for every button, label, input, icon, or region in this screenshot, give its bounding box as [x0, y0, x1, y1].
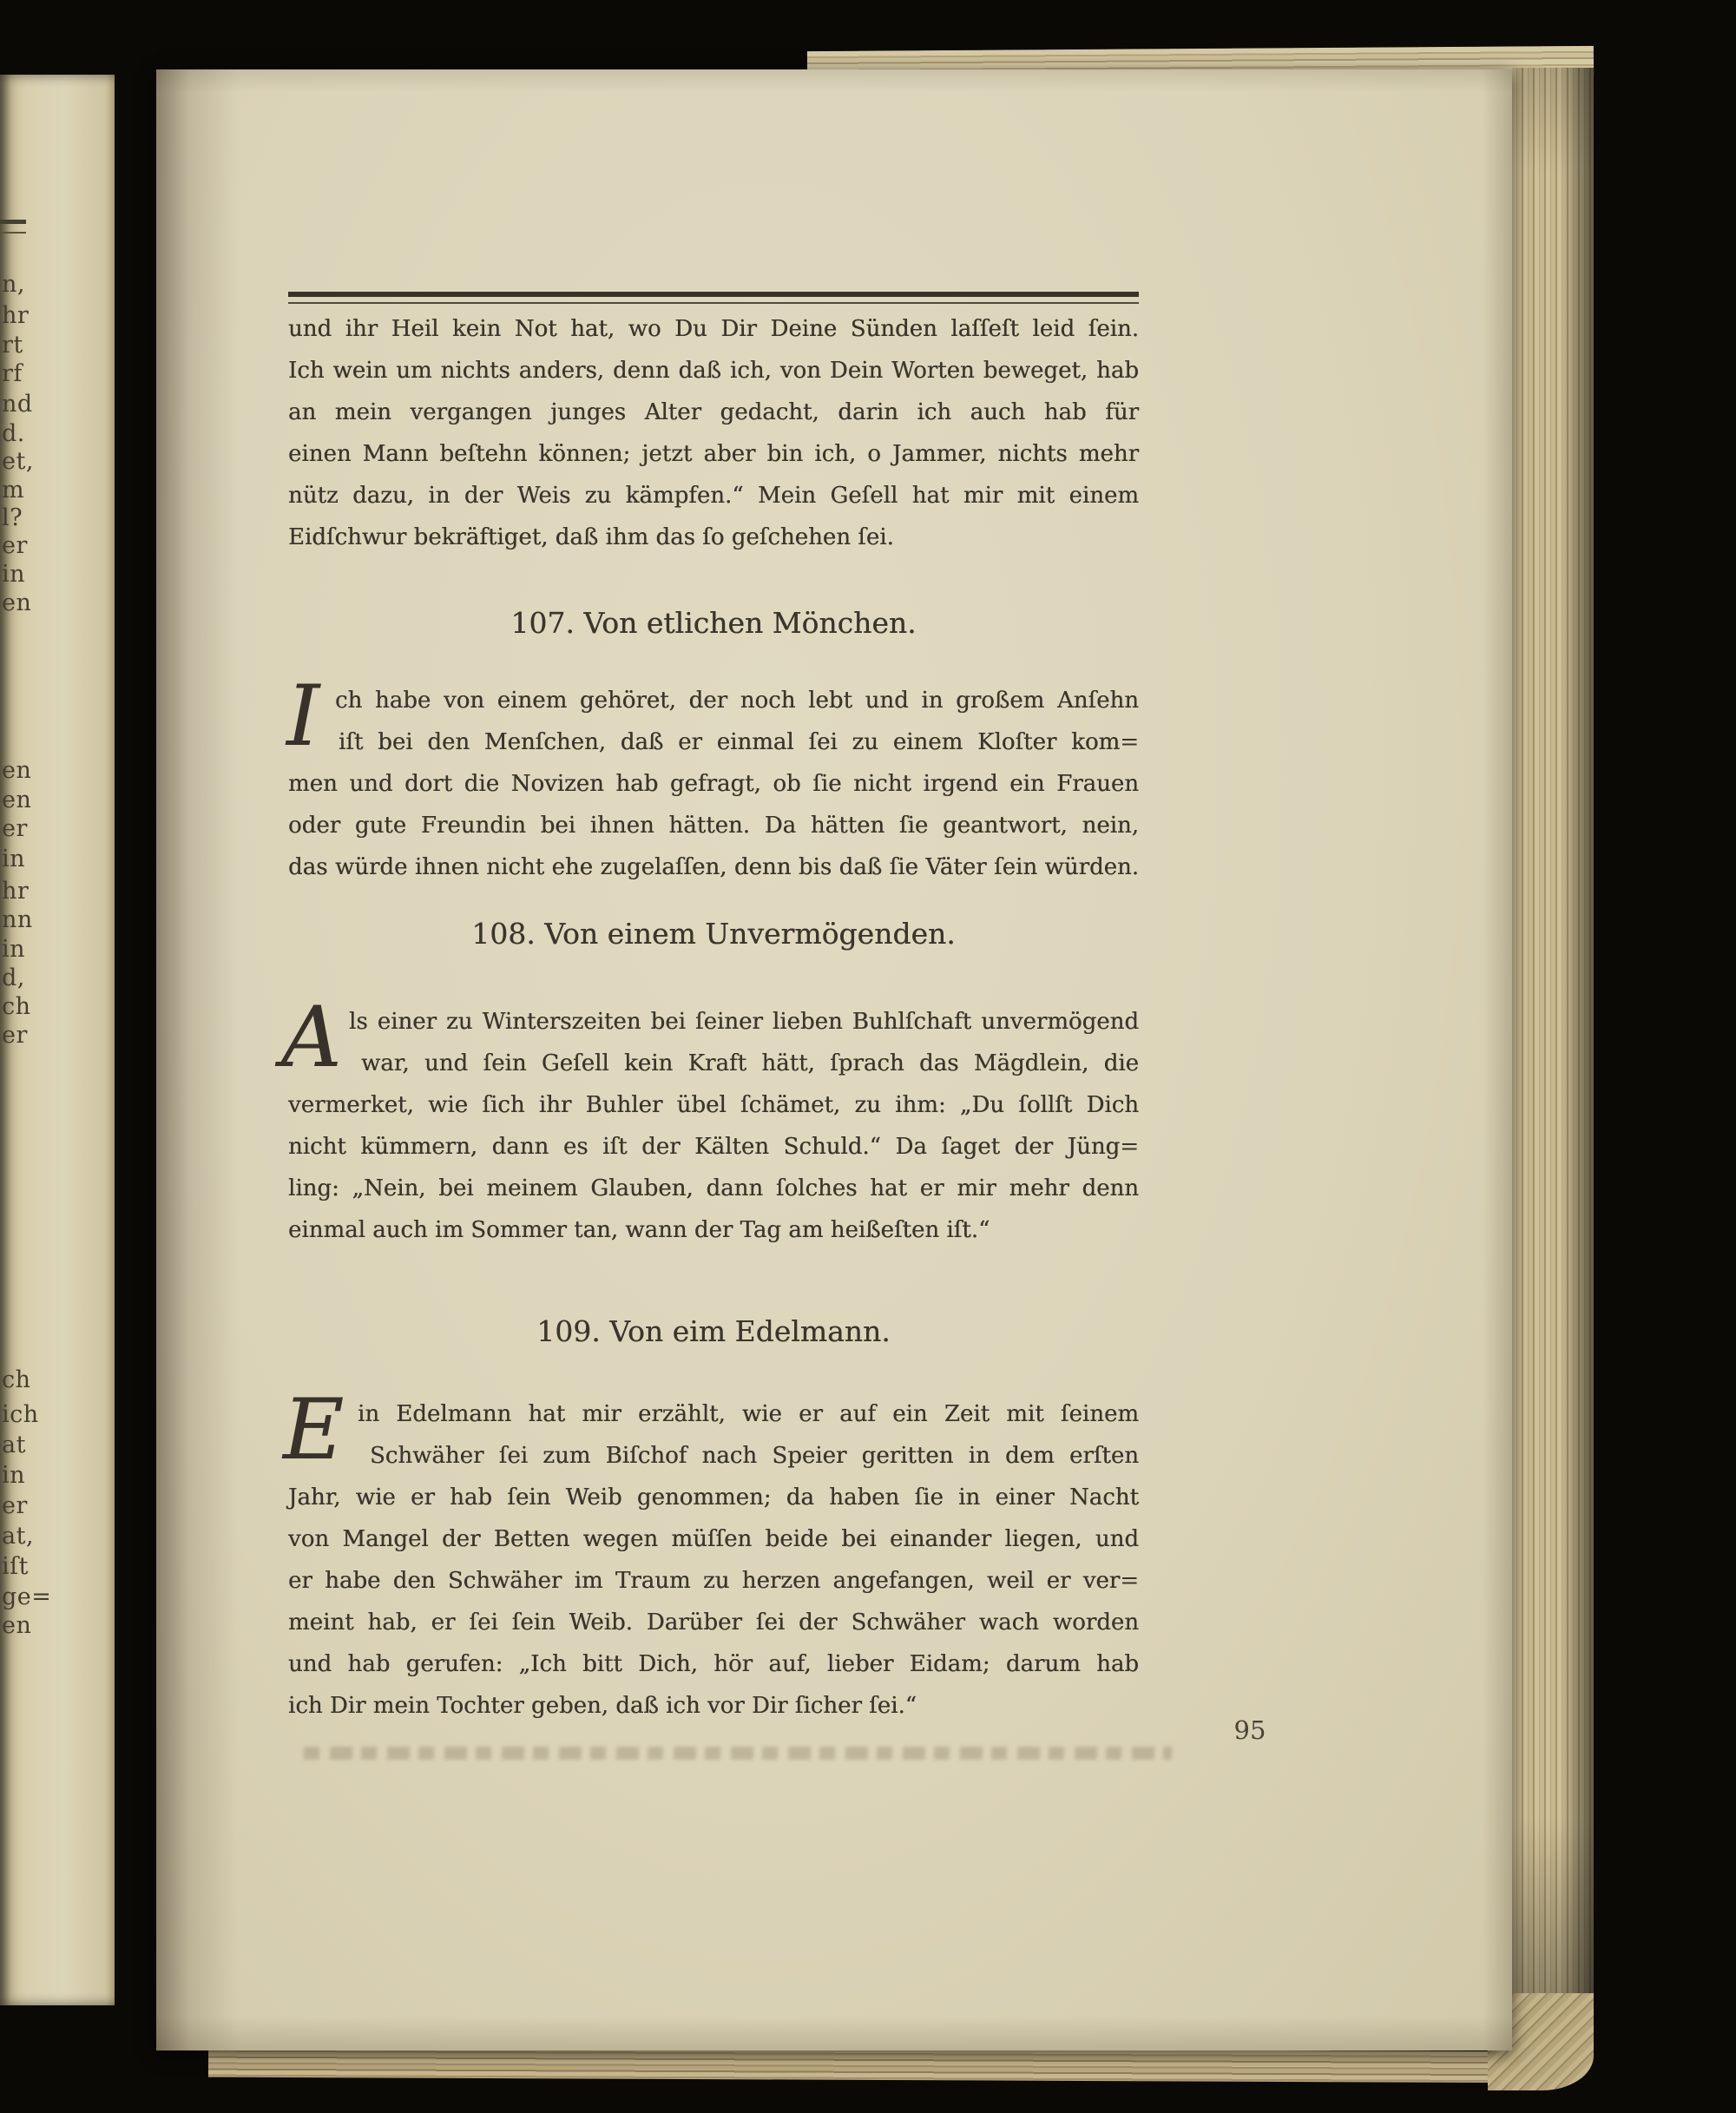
text-line: iſt bei den Menſchen, daß er einmal ſei … — [339, 727, 1139, 762]
text-line: und hab gerufen: „Ich bitt Dich, hör auf… — [288, 1649, 1139, 1684]
prev-page-text-fragment: d. — [2, 420, 62, 447]
prev-page-text-fragment: en — [2, 1612, 62, 1639]
page-stack-fore-edge — [1512, 68, 1594, 2057]
text-line: meint hab, er ſei ſein Weib. Darüber ſei… — [288, 1608, 1139, 1642]
text-line: von Mangel der Betten wegen müſſen beide… — [288, 1524, 1139, 1559]
text-line: Jahr, wie er hab ſein Weib genommen; da … — [288, 1483, 1139, 1517]
prev-page-text-fragment: in — [2, 1462, 62, 1489]
text-line: nicht kümmern, dann es iſt der Kälten Sc… — [288, 1132, 1139, 1167]
prev-page-text-fragment: et, — [2, 448, 62, 475]
prev-page-text-fragment: en — [2, 589, 62, 616]
prev-page-text-fragment: in — [2, 846, 62, 872]
text-line: vermerket, wie ſich ihr Buhler übel ſchä… — [288, 1090, 1139, 1125]
prev-page-text-fragment: hr — [2, 878, 62, 905]
header-rule-thick — [288, 292, 1139, 297]
text-line: einmal auch im Sommer tan, wann der Tag … — [288, 1215, 1139, 1250]
prev-page-text-fragment: in — [2, 936, 62, 963]
text-line: ling: „Nein, bei meinem Glauben, dann ſo… — [288, 1174, 1139, 1208]
text-line: oder gute Freundin bei ihnen hätten. Da … — [288, 811, 1139, 846]
text-line: an mein vergangen junges Alter gedacht, … — [288, 398, 1139, 432]
header-rule — [288, 292, 1139, 304]
text-line: ls einer zu Winterszeiten bei ſeiner lie… — [349, 1007, 1139, 1042]
text-line: Eidſchwur bekräftiget, daß ihm das ſo ge… — [288, 523, 1139, 557]
book-page: und ihr Heil kein Not hat, wo Du Dir Dei… — [156, 69, 1512, 2050]
text-line: in Edelmann hat mir erzählt, wie er auf … — [358, 1399, 1139, 1434]
header-rule-thin — [288, 302, 1139, 304]
bleed-through-text — [304, 1747, 1173, 1760]
prev-page-text-fragment: en — [2, 787, 62, 813]
text-line: war, und ſein Geſell kein Kraft hätt, ſp… — [361, 1049, 1139, 1083]
prev-page-text-fragment: nn — [2, 906, 62, 933]
section-heading-107: 107. Von etlichen Mönchen. — [288, 606, 1139, 640]
prev-page-text-fragment: iſt — [2, 1553, 62, 1580]
prev-page-text-fragment: rf — [2, 360, 62, 387]
page-stack-bottom-edge — [208, 2046, 1559, 2083]
prev-page-text-fragment: hr — [2, 302, 62, 329]
page-number: 95 — [1215, 1715, 1285, 1745]
text-line: einen Mann beſtehn können; jetzt aber bi… — [288, 439, 1139, 474]
drop-cap-108: A — [281, 1000, 341, 1075]
text-line: men und dort die Novizen hab gefragt, ob… — [288, 769, 1139, 804]
text-line: nütz dazu, in der Weis zu kämpfen.“ Mein… — [288, 481, 1139, 516]
prev-page-text-fragment: d, — [2, 964, 62, 991]
prev-page-text-fragment: l? — [2, 504, 62, 531]
drop-cap-107: I — [286, 679, 319, 754]
section-heading-108: 108. Von einem Unvermögenden. — [288, 917, 1139, 951]
prev-page-text-fragment: ge= — [2, 1583, 62, 1610]
prev-page-text-fragment: er — [2, 1022, 62, 1049]
drop-cap-109: E — [283, 1392, 344, 1467]
section-heading-109: 109. Von eim Edelmann. — [288, 1314, 1139, 1348]
facing-page-edge: n, hr rt rf nd d. et, m l? er in en en e… — [0, 75, 115, 2005]
text-line: er habe den Schwäher im Traum zu herzen … — [288, 1566, 1139, 1601]
prev-page-text-fragment: at, — [2, 1523, 62, 1550]
text-line: das würde ihnen nicht ehe zugelaſſen, de… — [288, 852, 1139, 887]
prev-page-text-fragment: nd — [2, 391, 62, 418]
text-line: Schwäher ſei zum Biſchof nach Speier ger… — [370, 1441, 1139, 1476]
text-line: ich Dir mein Tochter geben, daß ich vor … — [288, 1691, 1139, 1726]
text-line: ch habe von einem gehöret, der noch lebt… — [335, 686, 1139, 721]
prev-page-text-fragment: er — [2, 1492, 62, 1519]
prev-page-text-fragment: in — [2, 561, 62, 588]
prev-page-text-fragment: at — [2, 1432, 62, 1458]
text-line: Ich wein um nichts anders, denn daß ich,… — [288, 356, 1139, 391]
facing-page-rule-fragment — [0, 220, 26, 234]
prev-page-text-fragment: ich — [2, 1401, 62, 1428]
prev-page-text-fragment: er — [2, 532, 62, 559]
prev-page-text-fragment: m — [2, 477, 62, 504]
prev-page-text-fragment: en — [2, 757, 62, 784]
prev-page-text-fragment: ch — [2, 1366, 62, 1393]
prev-page-text-fragment: ch — [2, 993, 62, 1020]
prev-page-text-fragment: n, — [2, 271, 62, 298]
prev-page-text-fragment: rt — [2, 332, 62, 359]
prev-page-text-fragment: er — [2, 815, 62, 842]
text-line: und ihr Heil kein Not hat, wo Du Dir Dei… — [288, 314, 1139, 349]
